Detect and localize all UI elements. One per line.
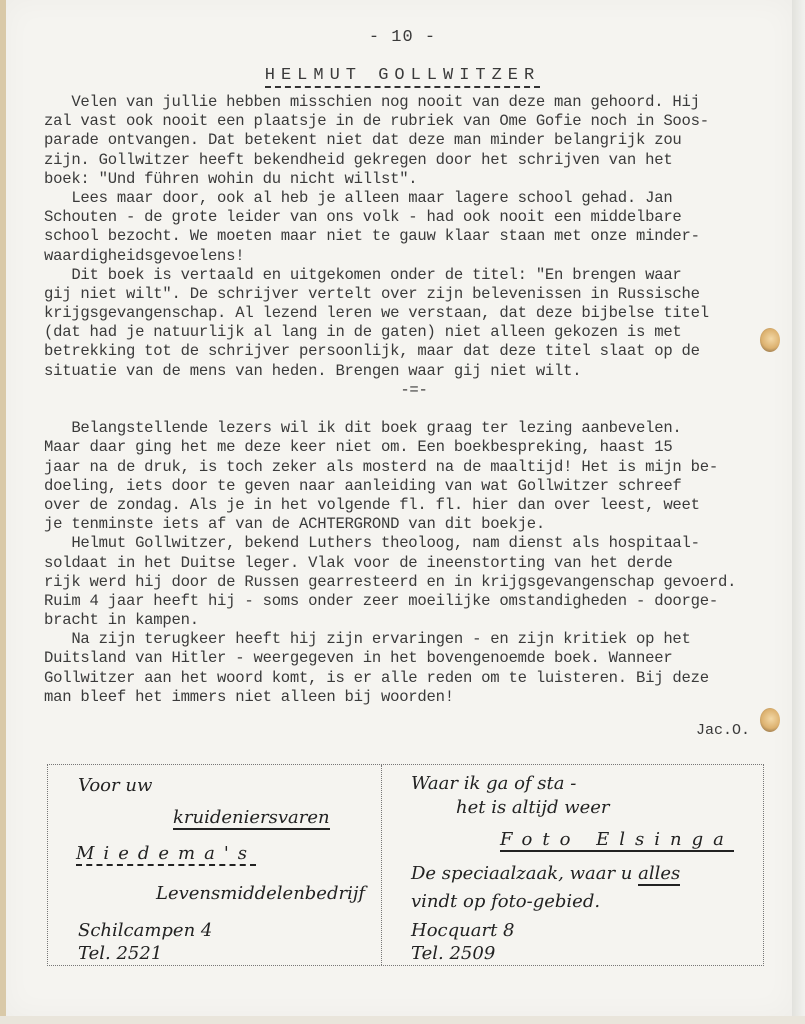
text-line: Velen van jullie hebben misschien nog no… (44, 93, 784, 112)
text-line: rijk werd hij door de Russen gearresteer… (44, 573, 784, 592)
text-line: doeling, iets door te geven naar aanleid… (44, 477, 784, 496)
punch-hole-icon (760, 708, 780, 732)
text-line: boek: "Und führen wohin du nicht willst"… (44, 170, 784, 189)
ad-right-line5: vindt op foto-gebied. (411, 891, 600, 912)
text-line: betrekking tot de schrijver persoonlijk,… (44, 342, 784, 361)
ad-left-address: Schilcampen 4 (78, 920, 212, 941)
ad-right-line1: Waar ik ga of sta - (411, 773, 576, 794)
text-line: Duitsland van Hitler - weergegeven in he… (44, 649, 784, 668)
ad-right-line2: het is altijd weer (456, 797, 610, 818)
ad-right-line4-text: De speciaalzaak, waar u (411, 863, 638, 884)
text-line: Belangstellende lezers wil ik dit boek g… (44, 419, 784, 438)
ad-right-name: Foto Elsinga (500, 829, 734, 852)
article-title: HELMUT GOLLWITZER (0, 66, 805, 85)
ad-divider (381, 765, 382, 965)
ad-right-line4-emphasis: alles (638, 863, 680, 886)
text-line: over de zondag. Als je in het volgende f… (44, 496, 784, 515)
text-line: Helmut Gollwitzer, bekend Luthers theolo… (44, 534, 784, 553)
section-separator: -=- (44, 381, 784, 400)
text-line: zal vast ook nooit een plaatsje in de ru… (44, 112, 784, 131)
text-line: Na zijn terugkeer heeft hij zijn ervarin… (44, 630, 784, 649)
page-number: - 10 - (0, 28, 805, 47)
author-signature: Jac.O. (696, 722, 750, 739)
text-line: (dat had je natuurlijk al lang in de gat… (44, 323, 784, 342)
text-line: Dit boek is vertaald en uitgekomen onder… (44, 266, 784, 285)
page-edge-bottom (0, 1016, 805, 1024)
text-line: soldaat in het Duitse leger. Vlak voor d… (44, 554, 784, 573)
ad-right-address: Hocquart 8 (411, 920, 514, 941)
ad-right-phone: Tel. 2509 (411, 943, 495, 964)
text-line: waardigheidsgevoelens! (44, 247, 784, 266)
text-line: man bleef het immers niet alleen bij woo… (44, 688, 784, 707)
text-line: parade ontvangen. Dat betekent niet dat … (44, 131, 784, 150)
text-line (44, 400, 784, 419)
text-line: krijgsgevangenschap. Al lezend leren we … (44, 304, 784, 323)
text-line: gij niet wilt". De schrijver vertelt ove… (44, 285, 784, 304)
page-edge (792, 0, 805, 1024)
ad-left-name: Miedema's (76, 843, 256, 866)
text-line: school bezocht. We moeten maar niet te g… (44, 227, 784, 246)
ad-left-line2: kruideniersvaren (173, 807, 330, 830)
text-line: Maar daar ging het me deze keer niet om.… (44, 438, 784, 457)
article-title-text: HELMUT GOLLWITZER (265, 66, 540, 88)
text-line: je tenminste iets af van de ACHTERGROND … (44, 515, 784, 534)
text-line: jaar na de druk, is toch zeker als moste… (44, 458, 784, 477)
text-line: situatie van de mens van heden. Brengen … (44, 362, 784, 381)
text-line: bracht in kampen. (44, 611, 784, 630)
ad-right-line4: De speciaalzaak, waar u alles (411, 863, 680, 884)
text-line: Gollwitzer aan het woord komt, is er all… (44, 669, 784, 688)
article-body: Velen van jullie hebben misschien nog no… (44, 93, 784, 707)
ad-left-phone: Tel. 2521 (78, 943, 162, 964)
text-line: Ruim 4 jaar heeft hij - soms onder zeer … (44, 592, 784, 611)
ad-left-line1: Voor uw (78, 775, 152, 796)
text-line: Lees maar door, ook al heb je alleen maa… (44, 189, 784, 208)
ad-left-line4: Levensmiddelenbedrijf (156, 883, 365, 904)
text-line: Schouten - de grote leider van ons volk … (44, 208, 784, 227)
text-line: zijn. Gollwitzer heeft bekendheid gekreg… (44, 151, 784, 170)
punch-hole-icon (760, 328, 780, 352)
advertisement-box: Voor uw kruideniersvaren Miedema's Leven… (47, 764, 764, 966)
